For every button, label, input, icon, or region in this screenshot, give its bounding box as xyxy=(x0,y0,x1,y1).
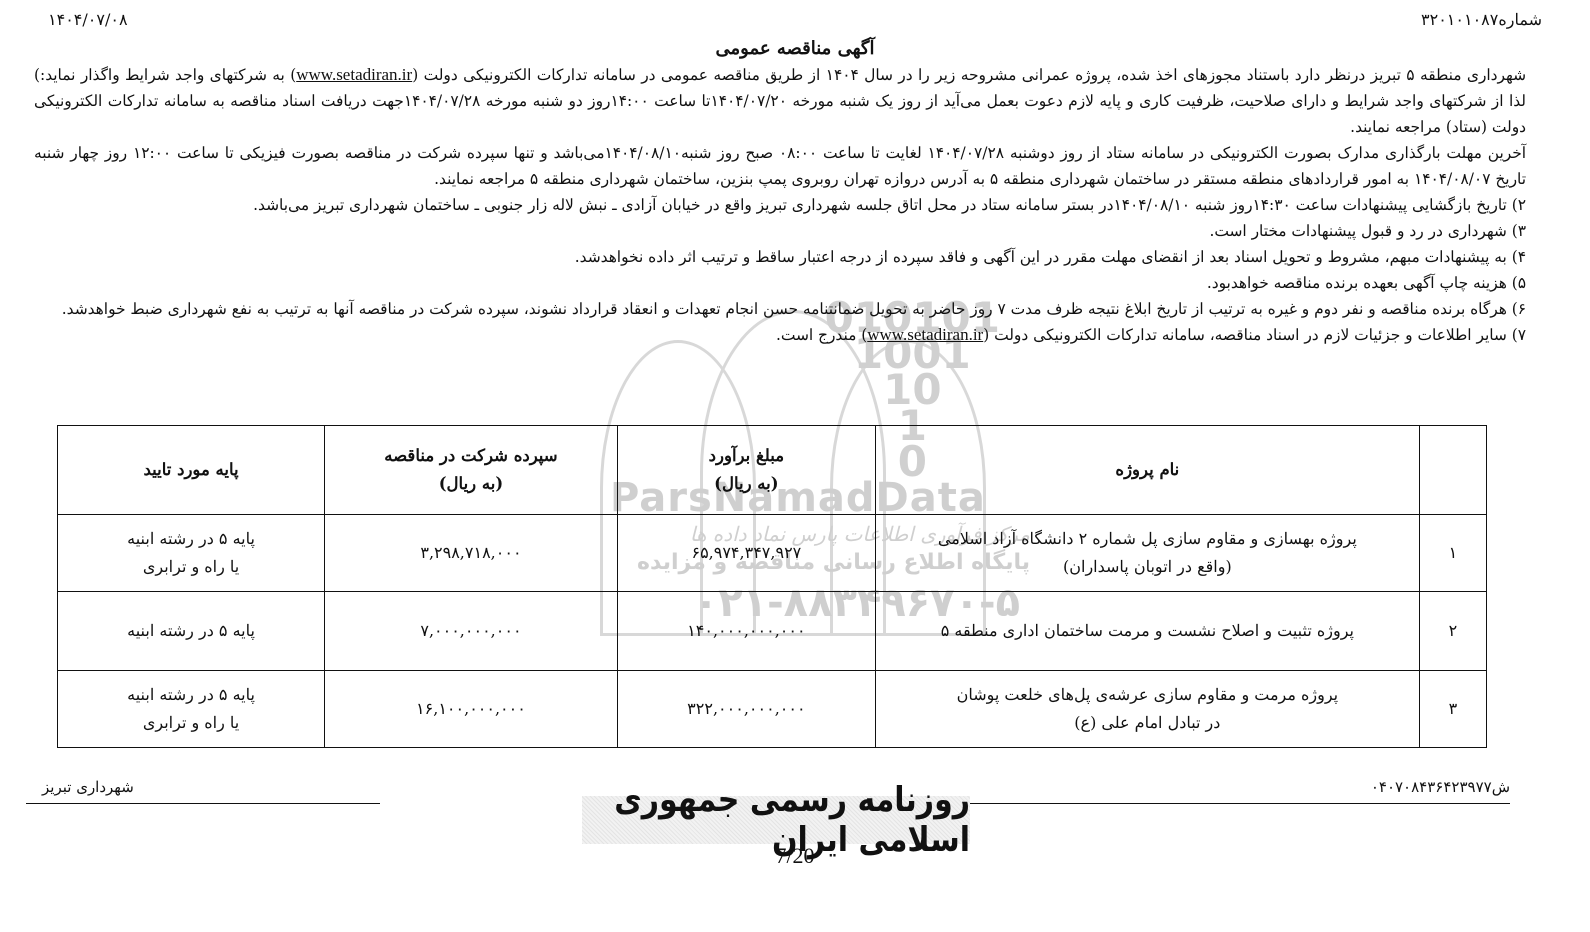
header-deposit-title: سپرده شرکت در مناقصه xyxy=(326,442,616,470)
row-index: ۳ xyxy=(1419,671,1486,748)
table-row: ۱ پروژه بهسازی و مقاوم سازی پل شماره ۲ د… xyxy=(58,515,1487,592)
grade-line1: پایه ۵ در رشته ابنیه xyxy=(59,617,323,645)
row-estimate: ۳۲۲,۰۰۰,۰۰۰,۰۰۰ xyxy=(617,671,875,748)
row-grade: پایه ۵ در رشته ابنیه یا راه و ترابری xyxy=(58,515,325,592)
project-name-line1: پروژه تثبیت و اصلاح نشست و مرمت ساختمان … xyxy=(877,617,1418,645)
notice-date: ۱۴۰۴/۰۷/۰۸ xyxy=(48,10,128,29)
row-deposit: ۷,۰۰۰,۰۰۰,۰۰۰ xyxy=(325,592,618,671)
footer-organization: شهرداری تبریز xyxy=(42,778,134,796)
notice-title: آگهی مناقصه عمومی xyxy=(0,38,1590,59)
project-name-line1: پروژه بهسازی و مقاوم سازی پل شماره ۲ دان… xyxy=(877,525,1418,553)
row-deposit: ۱۶,۱۰۰,۰۰۰,۰۰۰ xyxy=(325,671,618,748)
row-deposit: ۳,۲۹۸,۷۱۸,۰۰۰ xyxy=(325,515,618,592)
condition-7: ۷) سایر اطلاعات و جزئیات لازم در اسناد م… xyxy=(34,322,1548,348)
setadiran-link-2[interactable]: www.setadiran.ir xyxy=(867,325,983,344)
footer-code: ش۰۴۰۷۰۸۴۳۶۴۲۳۹۷۷ xyxy=(1371,778,1510,796)
table-header-row: نام پروژه مبلغ برآورد (به ریال) سپرده شر… xyxy=(58,426,1487,515)
header-estimate: مبلغ برآورد (به ریال) xyxy=(617,426,875,515)
project-name-line2: (واقع در اتوبان پاسداران) xyxy=(877,553,1418,581)
header-grade: پایه مورد تایید xyxy=(58,426,325,515)
header-estimate-title: مبلغ برآورد xyxy=(619,442,874,470)
project-name-line2: در تبادل امام علی (ع) xyxy=(877,709,1418,737)
condition-7-part2: ) مندرج است. xyxy=(776,326,867,344)
row-grade: پایه ۵ در رشته ابنیه xyxy=(58,592,325,671)
footer-divider-right xyxy=(915,803,1510,804)
header-index xyxy=(1419,426,1486,515)
table-row: ۲ پروژه تثبیت و اصلاح نشست و مرمت ساختما… xyxy=(58,592,1487,671)
condition-3: ۳) شهرداری در رد و قبول پیشنهادات مختار … xyxy=(34,218,1548,244)
setadiran-link[interactable]: www.setadiran.ir xyxy=(296,65,412,84)
newspaper-banner: روزنامه رسمی جمهوری اسلامی ایران xyxy=(582,796,970,844)
intro-paragraph: شهرداری منطقه ۵ تبریز درنظر دارد باستناد… xyxy=(34,62,1548,140)
project-name-line1: پروژه مرمت و مقاوم سازی عرشه‌ی پل‌های خل… xyxy=(877,681,1418,709)
row-index: ۱ xyxy=(1419,515,1486,592)
notice-number: شماره۳۲۰۱۰۱۰۸۷ xyxy=(1421,10,1542,29)
row-project-name: پروژه مرمت و مقاوم سازی عرشه‌ی پل‌های خل… xyxy=(875,671,1419,748)
grade-line2: یا راه و ترابری xyxy=(59,709,323,737)
grade-line1: پایه ۵ در رشته ابنیه xyxy=(59,525,323,553)
table-row: ۳ پروژه مرمت و مقاوم سازی عرشه‌ی پل‌های … xyxy=(58,671,1487,748)
page-number: 7/20 xyxy=(0,843,1590,869)
row-estimate: ۶۵,۹۷۴,۳۴۷,۹۲۷ xyxy=(617,515,875,592)
header-deposit: سپرده شرکت در مناقصه (به ریال) xyxy=(325,426,618,515)
row-project-name: پروژه بهسازی و مقاوم سازی پل شماره ۲ دان… xyxy=(875,515,1419,592)
grade-line1: پایه ۵ در رشته ابنیه xyxy=(59,681,323,709)
deadline-paragraph: آخرین مهلت بارگذاری مدارک بصورت الکترونی… xyxy=(34,140,1548,192)
projects-table: نام پروژه مبلغ برآورد (به ریال) سپرده شر… xyxy=(57,425,1487,748)
grade-line2: یا راه و ترابری xyxy=(59,553,323,581)
condition-5: ۵) هزینه چاپ آگهی بعهده برنده مناقصه خوا… xyxy=(34,270,1548,296)
row-index: ۲ xyxy=(1419,592,1486,671)
row-grade: پایه ۵ در رشته ابنیه یا راه و ترابری xyxy=(58,671,325,748)
condition-6: ۶) هرگاه برنده مناقصه و نفر دوم و غیره ب… xyxy=(34,296,1548,322)
condition-2: ۲) تاریخ بازگشایی پیشنهادات ساعت ۱۴:۳۰رو… xyxy=(34,192,1548,218)
header-deposit-unit: (به ریال) xyxy=(326,470,616,498)
condition-4: ۴) به پیشنهادات مبهم، مشروط و تحویل اسنا… xyxy=(34,244,1548,270)
condition-7-part1: ۷) سایر اطلاعات و جزئیات لازم در اسناد م… xyxy=(983,326,1526,344)
row-estimate: ۱۴۰,۰۰۰,۰۰۰,۰۰۰ xyxy=(617,592,875,671)
header-project-name: نام پروژه xyxy=(875,426,1419,515)
notice-body: شهرداری منطقه ۵ تبریز درنظر دارد باستناد… xyxy=(34,62,1548,348)
footer-divider-left xyxy=(26,803,380,804)
row-project-name: پروژه تثبیت و اصلاح نشست و مرمت ساختمان … xyxy=(875,592,1419,671)
intro-text-part1: شهرداری منطقه ۵ تبریز درنظر دارد باستناد… xyxy=(412,66,1526,84)
header-estimate-unit: (به ریال) xyxy=(619,470,874,498)
